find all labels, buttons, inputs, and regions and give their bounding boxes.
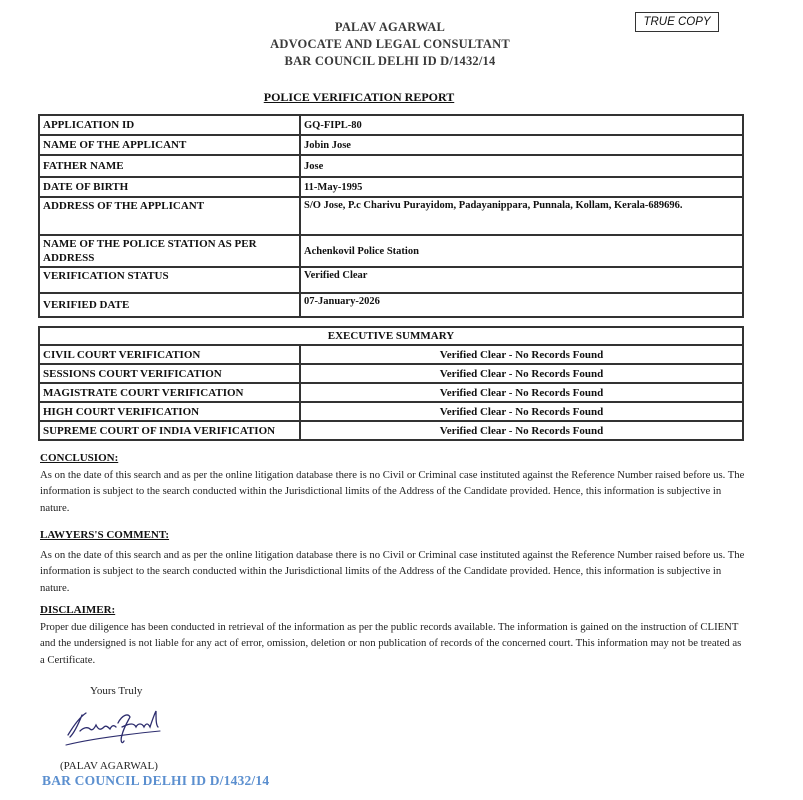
conclusion-text: As on the date of this search and as per… xyxy=(40,467,745,516)
table-row: MAGISTRATE COURT VERIFICATION Verified C… xyxy=(39,383,743,402)
table-row: HIGH COURT VERIFICATION Verified Clear -… xyxy=(39,402,743,421)
bar-council-id: BAR COUNCIL DELHI ID D/1432/14 xyxy=(0,53,780,70)
detail-label: VERIFICATION STATUS xyxy=(39,267,300,293)
summary-value: Verified Clear - No Records Found xyxy=(300,402,743,421)
lawyers-comment-section: LAWYERS'S COMMENT: As on the date of thi… xyxy=(40,527,745,596)
conclusion-heading: CONCLUSION: xyxy=(40,450,745,466)
detail-value: 07-January-2026 xyxy=(300,293,743,317)
table-row: SESSIONS COURT VERIFICATION Verified Cle… xyxy=(39,364,743,383)
advocate-title: ADVOCATE AND LEGAL CONSULTANT xyxy=(0,36,780,53)
table-row: VERIFICATION STATUS Verified Clear xyxy=(39,267,743,293)
summary-value: Verified Clear - No Records Found xyxy=(300,345,743,364)
detail-value: Verified Clear xyxy=(300,267,743,293)
summary-heading-text: EXECUTIVE SUMMARY xyxy=(328,330,454,342)
summary-value: Verified Clear - No Records Found xyxy=(300,383,743,402)
sign-off: Yours Truly xyxy=(90,685,142,697)
detail-label: VERIFIED DATE xyxy=(39,293,300,317)
disclaimer-text: Proper due diligence has been conducted … xyxy=(40,619,745,668)
true-copy-stamp: TRUE COPY xyxy=(635,12,719,32)
table-row: VERIFIED DATE 07-January-2026 xyxy=(39,293,743,317)
detail-label: DATE OF BIRTH xyxy=(39,177,300,197)
detail-label: NAME OF THE POLICE STATION AS PER ADDRES… xyxy=(39,235,300,267)
disclaimer-heading: DISCLAIMER: xyxy=(40,602,745,618)
table-row: SUPREME COURT OF INDIA VERIFICATION Veri… xyxy=(39,421,743,440)
table-row: ADDRESS OF THE APPLICANT S/O Jose, P.c C… xyxy=(39,197,743,235)
table-row: DATE OF BIRTH 11-May-1995 xyxy=(39,177,743,197)
detail-value: Achenkovil Police Station xyxy=(300,235,743,267)
lawyers-comment-heading: LAWYERS'S COMMENT: xyxy=(40,527,745,543)
detail-label: APPLICATION ID xyxy=(39,115,300,135)
summary-label: SESSIONS COURT VERIFICATION xyxy=(39,364,300,383)
summary-heading-row: EXECUTIVE SUMMARY xyxy=(39,327,743,345)
report-title: POLICE VERIFICATION REPORT xyxy=(0,90,718,105)
detail-value: 11-May-1995 xyxy=(300,177,743,197)
detail-label: ADDRESS OF THE APPLICANT xyxy=(39,197,300,235)
detail-value: GQ-FIPL-80 xyxy=(300,115,743,135)
signature-image xyxy=(60,705,170,753)
summary-heading: EXECUTIVE SUMMARY xyxy=(39,327,743,345)
summary-label: CIVIL COURT VERIFICATION xyxy=(39,345,300,364)
detail-value: S/O Jose, P.c Charivu Purayidom, Padayan… xyxy=(300,197,743,235)
detail-label: FATHER NAME xyxy=(39,155,300,177)
executive-summary-table: EXECUTIVE SUMMARY CIVIL COURT VERIFICATI… xyxy=(38,326,744,441)
applicant-details-table: APPLICATION ID GQ-FIPL-80 NAME OF THE AP… xyxy=(38,114,744,318)
detail-value: Jose xyxy=(300,155,743,177)
summary-label: HIGH COURT VERIFICATION xyxy=(39,402,300,421)
table-row: NAME OF THE APPLICANT Jobin Jose xyxy=(39,135,743,155)
signatory-bar-id: BAR COUNCIL DELHI ID D/1432/14 xyxy=(42,773,269,789)
signatory-name: (PALAV AGARWAL) xyxy=(60,760,158,772)
table-row: FATHER NAME Jose xyxy=(39,155,743,177)
table-row: APPLICATION ID GQ-FIPL-80 xyxy=(39,115,743,135)
table-row: NAME OF THE POLICE STATION AS PER ADDRES… xyxy=(39,235,743,267)
summary-value: Verified Clear - No Records Found xyxy=(300,421,743,440)
summary-label: SUPREME COURT OF INDIA VERIFICATION xyxy=(39,421,300,440)
summary-label: MAGISTRATE COURT VERIFICATION xyxy=(39,383,300,402)
disclaimer-section: DISCLAIMER: Proper due diligence has bee… xyxy=(40,602,745,668)
summary-value: Verified Clear - No Records Found xyxy=(300,364,743,383)
detail-label: NAME OF THE APPLICANT xyxy=(39,135,300,155)
detail-value: Jobin Jose xyxy=(300,135,743,155)
lawyers-comment-text: As on the date of this search and as per… xyxy=(40,547,745,596)
table-row: CIVIL COURT VERIFICATION Verified Clear … xyxy=(39,345,743,364)
conclusion-section: CONCLUSION: As on the date of this searc… xyxy=(40,450,745,516)
